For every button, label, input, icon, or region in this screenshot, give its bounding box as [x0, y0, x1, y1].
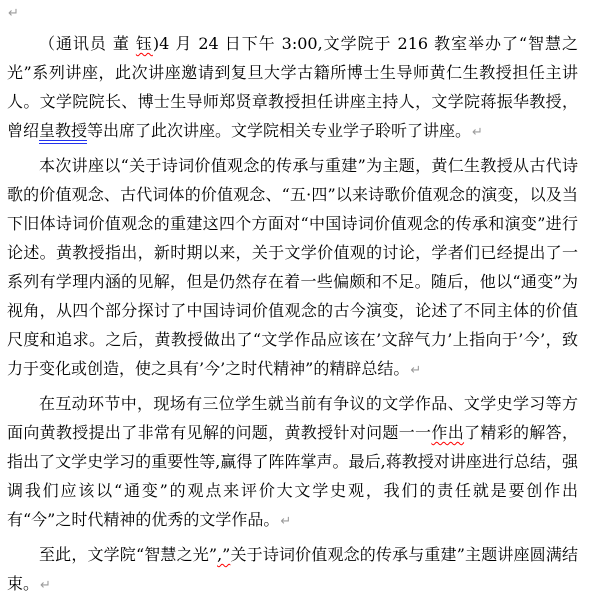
text-run: 至此，文学院“智慧之光” [39, 545, 217, 564]
paragraph-mark-icon: ↵ [409, 363, 421, 378]
paragraph-mark-icon: ↵ [39, 578, 51, 593]
misspelled-text-run: 钰 [136, 34, 153, 53]
grammar-flagged-text-run: 皇教授 [39, 121, 87, 144]
text-run: 等出席了此次讲座。文学院相关专业学子聆听了讲座。 [87, 121, 471, 140]
paragraph: 在互动环节中，现场有三位学生就当前有争议的文学作品、文学史学习等方面向黄教授提出… [7, 389, 578, 536]
misspelled-text-run: ,” [217, 545, 230, 564]
document-body: ↵（通讯员 董 钰)4 月 24 日下午 3:00,文学院于 216 教室举办了… [0, 0, 591, 613]
paragraph-mark-icon: ↵ [279, 514, 291, 529]
paragraph: 至此，文学院“智慧之光”,”关于诗词价值观念的传承与重建”主题讲座圆满结束。↵ [7, 540, 578, 600]
misspelled-text-run: 作出 [431, 423, 464, 442]
paragraph: 本次讲座以“关于诗词价值观念的传承与重建”为主题，黄仁生教授从古代诗歌的价值观念… [7, 151, 578, 385]
text-run: 本次讲座以“关于诗词价值观念的传承与重建”为主题，黄仁生教授从古代诗歌的价值观念… [7, 156, 578, 378]
paragraph-mark-icon: ↵ [7, 6, 19, 21]
text-run: （通讯员 董 [39, 34, 136, 53]
paragraph: （通讯员 董 钰)4 月 24 日下午 3:00,文学院于 216 教室举办了“… [7, 29, 578, 147]
empty-paragraph: ↵ [7, 1, 578, 25]
paragraph-mark-icon: ↵ [471, 125, 483, 140]
